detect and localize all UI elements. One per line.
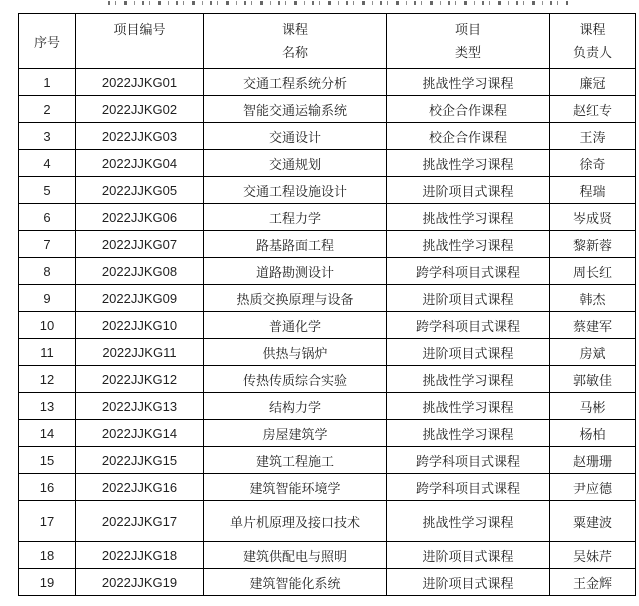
- cell-project-type: 跨学科项目式课程: [387, 258, 550, 285]
- cell-project-code: 2022JJKG09: [76, 285, 204, 312]
- cell-index: 6: [19, 204, 76, 231]
- cell-course-name: 建筑工程施工: [204, 447, 387, 474]
- cell-course-name: 交通规划: [204, 150, 387, 177]
- table-row: 6 2022JJKG06 工程力学 挑战性学习课程 岑成贤: [19, 204, 636, 231]
- cell-project-type: 挑战性学习课程: [387, 204, 550, 231]
- cell-course-leader: 赵珊珊: [550, 447, 636, 474]
- cell-project-code: 2022JJKG12: [76, 366, 204, 393]
- cell-index: 4: [19, 150, 76, 177]
- cell-course-leader: 黎新蓉: [550, 231, 636, 258]
- table-row: 15 2022JJKG15 建筑工程施工 跨学科项目式课程 赵珊珊: [19, 447, 636, 474]
- cell-project-code: 2022JJKG15: [76, 447, 204, 474]
- cell-course-leader: 吴妹芹: [550, 542, 636, 569]
- column-header-type: 项目类型: [387, 14, 550, 69]
- cell-course-leader: 郭敏佳: [550, 366, 636, 393]
- cell-course-name: 交通设计: [204, 123, 387, 150]
- cell-project-code: 2022JJKG05: [76, 177, 204, 204]
- table-header: 序号项目编号课程名称项目类型课程负责人: [19, 14, 636, 69]
- cell-course-name: 传热传质综合实验: [204, 366, 387, 393]
- cell-course-leader: 粟建波: [550, 501, 636, 542]
- cell-index: 18: [19, 542, 76, 569]
- header-line: 课程: [552, 23, 633, 36]
- column-header-lines: 课程名称: [206, 14, 384, 68]
- cell-index: 10: [19, 312, 76, 339]
- cell-course-name: 交通工程系统分析: [204, 69, 387, 96]
- cell-course-leader: 韩杰: [550, 285, 636, 312]
- cell-course-name: 结构力学: [204, 393, 387, 420]
- header-line: [78, 46, 201, 59]
- cell-index: 15: [19, 447, 76, 474]
- table-row: 16 2022JJKG16 建筑智能环境学 跨学科项目式课程 尹应德: [19, 474, 636, 501]
- cell-project-code: 2022JJKG13: [76, 393, 204, 420]
- cell-course-name: 普通化学: [204, 312, 387, 339]
- cell-course-name: 供热与锅炉: [204, 339, 387, 366]
- header-line: 课程: [206, 23, 384, 36]
- cell-index: 2: [19, 96, 76, 123]
- header-line: 项目: [389, 23, 547, 36]
- table-row: 19 2022JJKG19 建筑智能化系统 进阶项目式课程 王金辉: [19, 569, 636, 596]
- column-header-name: 课程名称: [204, 14, 387, 69]
- table-row: 7 2022JJKG07 路基路面工程 挑战性学习课程 黎新蓉: [19, 231, 636, 258]
- cell-project-type: 挑战性学习课程: [387, 420, 550, 447]
- cell-project-code: 2022JJKG18: [76, 542, 204, 569]
- cell-index: 16: [19, 474, 76, 501]
- header-line: 名称: [206, 46, 384, 59]
- cell-project-code: 2022JJKG07: [76, 231, 204, 258]
- table-row: 1 2022JJKG01 交通工程系统分析 挑战性学习课程 廉冠: [19, 69, 636, 96]
- table-row: 4 2022JJKG04 交通规划 挑战性学习课程 徐奇: [19, 150, 636, 177]
- cell-project-type: 挑战性学习课程: [387, 393, 550, 420]
- cell-project-type: 进阶项目式课程: [387, 339, 550, 366]
- table-row: 14 2022JJKG14 房屋建筑学 挑战性学习课程 杨柏: [19, 420, 636, 447]
- table-row: 9 2022JJKG09 热质交换原理与设备 进阶项目式课程 韩杰: [19, 285, 636, 312]
- table-row: 5 2022JJKG05 交通工程设施设计 进阶项目式课程 程瑞: [19, 177, 636, 204]
- cell-index: 12: [19, 366, 76, 393]
- cell-index: 3: [19, 123, 76, 150]
- cell-course-leader: 王金辉: [550, 569, 636, 596]
- cell-index: 13: [19, 393, 76, 420]
- column-header-lines: 序号: [21, 14, 73, 68]
- cell-project-code: 2022JJKG10: [76, 312, 204, 339]
- column-header-index: 序号: [19, 14, 76, 69]
- cell-project-type: 跨学科项目式课程: [387, 312, 550, 339]
- cell-project-code: 2022JJKG08: [76, 258, 204, 285]
- cell-course-leader: 程瑞: [550, 177, 636, 204]
- cell-project-type: 挑战性学习课程: [387, 366, 550, 393]
- cell-course-leader: 王涛: [550, 123, 636, 150]
- header-line: 负责人: [552, 46, 633, 59]
- cell-project-code: 2022JJKG04: [76, 150, 204, 177]
- cell-project-type: 进阶项目式课程: [387, 542, 550, 569]
- cell-index: 5: [19, 177, 76, 204]
- cell-course-name: 建筑智能环境学: [204, 474, 387, 501]
- cell-course-leader: 赵红专: [550, 96, 636, 123]
- header-line: 类型: [389, 46, 547, 59]
- cell-project-code: 2022JJKG14: [76, 420, 204, 447]
- table-row: 8 2022JJKG08 道路勘测设计 跨学科项目式课程 周长红: [19, 258, 636, 285]
- cell-course-name: 智能交通运输系统: [204, 96, 387, 123]
- column-header-code: 项目编号: [76, 14, 204, 69]
- cell-project-code: 2022JJKG01: [76, 69, 204, 96]
- cell-course-leader: 房斌: [550, 339, 636, 366]
- cell-project-type: 挑战性学习课程: [387, 150, 550, 177]
- cell-course-leader: 周长红: [550, 258, 636, 285]
- cell-course-leader: 马彬: [550, 393, 636, 420]
- column-header-leader: 课程负责人: [550, 14, 636, 69]
- table-row: 13 2022JJKG13 结构力学 挑战性学习课程 马彬: [19, 393, 636, 420]
- cell-project-type: 跨学科项目式课程: [387, 474, 550, 501]
- header-line: 序号: [34, 32, 60, 51]
- cell-course-leader: 岑成贤: [550, 204, 636, 231]
- cell-project-type: 进阶项目式课程: [387, 177, 550, 204]
- cell-project-type: 校企合作课程: [387, 96, 550, 123]
- cell-course-name: 交通工程设施设计: [204, 177, 387, 204]
- cell-course-leader: 蔡建军: [550, 312, 636, 339]
- cell-project-code: 2022JJKG17: [76, 501, 204, 542]
- table-row: 10 2022JJKG10 普通化学 跨学科项目式课程 蔡建军: [19, 312, 636, 339]
- table-row: 11 2022JJKG11 供热与锅炉 进阶项目式课程 房斌: [19, 339, 636, 366]
- cell-course-leader: 杨柏: [550, 420, 636, 447]
- clipped-title-text-fragments: [108, 1, 568, 5]
- table-row: 18 2022JJKG18 建筑供配电与照明 进阶项目式课程 吴妹芹: [19, 542, 636, 569]
- cell-index: 14: [19, 420, 76, 447]
- cell-project-type: 跨学科项目式课程: [387, 447, 550, 474]
- cell-project-code: 2022JJKG02: [76, 96, 204, 123]
- cell-course-name: 建筑供配电与照明: [204, 542, 387, 569]
- table-body: 1 2022JJKG01 交通工程系统分析 挑战性学习课程 廉冠 2 2022J…: [19, 69, 636, 596]
- cell-project-code: 2022JJKG11: [76, 339, 204, 366]
- cell-index: 19: [19, 569, 76, 596]
- table-row: 12 2022JJKG12 传热传质综合实验 挑战性学习课程 郭敏佳: [19, 366, 636, 393]
- cell-course-name: 建筑智能化系统: [204, 569, 387, 596]
- cell-course-name: 路基路面工程: [204, 231, 387, 258]
- cell-index: 8: [19, 258, 76, 285]
- cell-index: 17: [19, 501, 76, 542]
- cell-project-type: 进阶项目式课程: [387, 285, 550, 312]
- column-header-lines: 课程负责人: [552, 14, 633, 68]
- course-project-table: 序号项目编号课程名称项目类型课程负责人 1 2022JJKG01 交通工程系统分…: [18, 13, 636, 596]
- cell-course-leader: 徐奇: [550, 150, 636, 177]
- cell-project-code: 2022JJKG06: [76, 204, 204, 231]
- column-header-lines: 项目编号: [78, 14, 201, 68]
- cell-project-type: 挑战性学习课程: [387, 69, 550, 96]
- cell-project-code: 2022JJKG16: [76, 474, 204, 501]
- table-row: 17 2022JJKG17 单片机原理及接口技术 挑战性学习课程 粟建波: [19, 501, 636, 542]
- cell-course-leader: 尹应德: [550, 474, 636, 501]
- cell-course-name: 热质交换原理与设备: [204, 285, 387, 312]
- column-header-lines: 项目类型: [389, 14, 547, 68]
- header-row: 序号项目编号课程名称项目类型课程负责人: [19, 14, 636, 69]
- cell-project-code: 2022JJKG19: [76, 569, 204, 596]
- cell-project-type: 挑战性学习课程: [387, 231, 550, 258]
- cell-index: 1: [19, 69, 76, 96]
- cell-index: 7: [19, 231, 76, 258]
- cell-index: 11: [19, 339, 76, 366]
- cell-course-name: 单片机原理及接口技术: [204, 501, 387, 542]
- cell-course-leader: 廉冠: [550, 69, 636, 96]
- cell-course-name: 房屋建筑学: [204, 420, 387, 447]
- header-line: 项目编号: [78, 23, 201, 36]
- table-row: 3 2022JJKG03 交通设计 校企合作课程 王涛: [19, 123, 636, 150]
- table-row: 2 2022JJKG02 智能交通运输系统 校企合作课程 赵红专: [19, 96, 636, 123]
- cell-index: 9: [19, 285, 76, 312]
- cell-course-name: 道路勘测设计: [204, 258, 387, 285]
- cell-project-type: 校企合作课程: [387, 123, 550, 150]
- cell-course-name: 工程力学: [204, 204, 387, 231]
- cell-project-code: 2022JJKG03: [76, 123, 204, 150]
- cell-project-type: 进阶项目式课程: [387, 569, 550, 596]
- cell-project-type: 挑战性学习课程: [387, 501, 550, 542]
